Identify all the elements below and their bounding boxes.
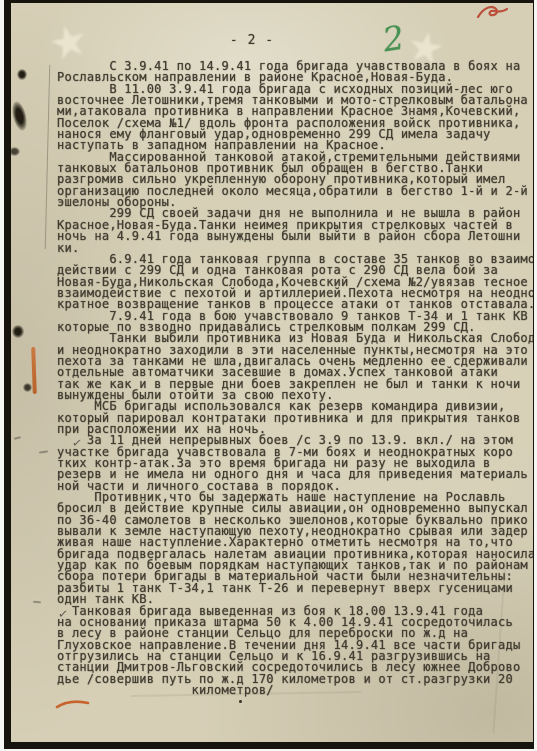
pencil-margin-line: [45, 65, 51, 249]
orange-crayon-stroke: [31, 347, 36, 394]
typewritten-report-text: С 3.9.41 по 14.9.41 года бригада учавств…: [57, 61, 533, 696]
typed-page-number: - 2 -: [11, 33, 493, 48]
paper-sheet: ★ ★ ★ - 2 - 2: [11, 3, 533, 742]
paper-hole: [23, 383, 32, 392]
paper-hole: [12, 325, 24, 338]
scanned-document-page: ★ ★ ★ - 2 - 2: [0, 0, 537, 751]
photo-frame: ★ ★ ★ - 2 - 2: [4, 0, 534, 749]
paper-tear: [11, 100, 29, 132]
ink-speck: [239, 700, 242, 703]
handwritten-page-number: 2: [380, 18, 407, 60]
paper-hole: [11, 147, 20, 156]
pencil-dash: [39, 450, 48, 453]
pencil-dash: [33, 601, 41, 604]
orange-crayon-curve: [55, 698, 91, 710]
paper-hole: [17, 69, 27, 80]
pencil-dash: [14, 436, 21, 440]
red-corner-mark-icon: [476, 4, 510, 22]
